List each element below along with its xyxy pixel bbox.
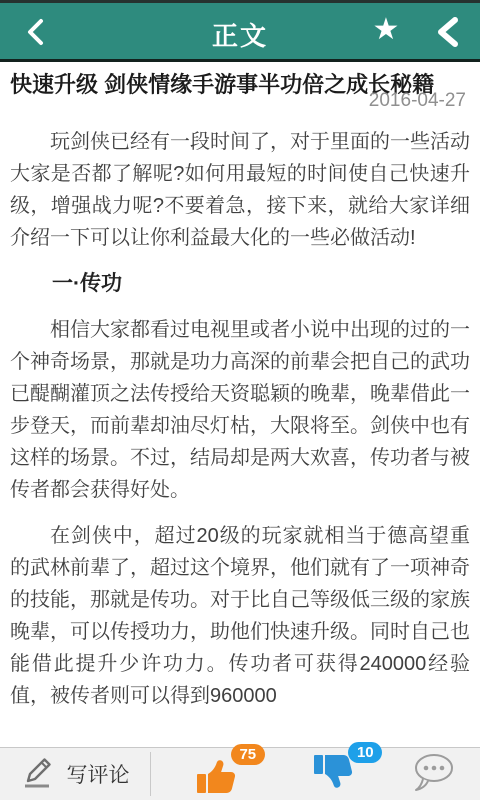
share-button[interactable]	[432, 14, 468, 50]
share-icon	[432, 38, 468, 53]
status-bar	[0, 0, 480, 3]
write-comment-button[interactable]: 写评论	[0, 748, 150, 800]
page-title: 正文	[0, 16, 480, 53]
dislike-button[interactable]: 10	[283, 748, 386, 800]
favorite-button[interactable]: ★	[368, 12, 404, 48]
article-section-heading: 一·传功	[10, 268, 470, 300]
speech-bubble-icon	[409, 752, 457, 797]
article-paragraph: 玩剑侠已经有一段时间了，对于里面的一些活动大家是否都了解呢?如何用最短的时间使自…	[10, 126, 470, 254]
write-comment-label: 写评论	[67, 759, 130, 789]
comments-button[interactable]	[386, 748, 480, 800]
header-bar: 正文 ★	[0, 0, 480, 62]
dislike-count-badge: 10	[348, 742, 382, 763]
article-paragraph: 在剑侠中，超过20级的玩家就相当于德高望重的武林前辈了，超过这个境界，他们就有了…	[10, 520, 470, 712]
pencil-icon	[21, 754, 55, 795]
app-window: 正文 ★ 快速升级 剑侠情缘手游事半功倍之成长秘籍 2016-04-27 玩剑侠…	[0, 0, 480, 800]
star-icon: ★	[373, 13, 400, 46]
bottom-toolbar: 写评论 75	[0, 747, 480, 800]
article-paragraph: 相信大家都看过电视里或者小说中出现的过的一个神奇场景，那就是功力高深的前辈会把自…	[10, 314, 470, 506]
article-scroll-area[interactable]: 快速升级 剑侠情缘手游事半功倍之成长秘籍 2016-04-27 玩剑侠已经有一段…	[0, 62, 480, 747]
like-button[interactable]: 75	[151, 748, 283, 800]
like-count-badge: 75	[231, 744, 265, 765]
